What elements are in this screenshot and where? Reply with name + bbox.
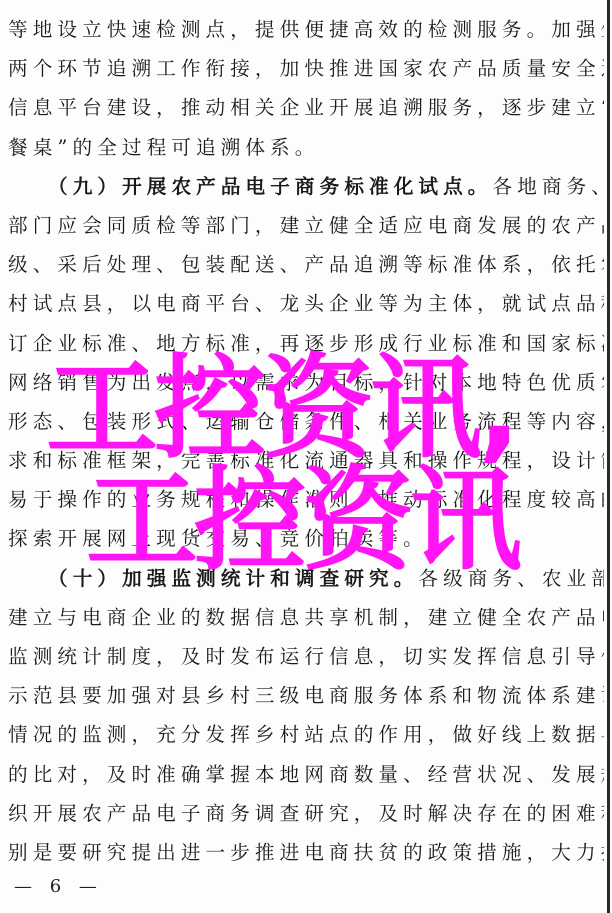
- text-line: 两个环节追溯工作衔接，加快推进国家农产品质量安全追溯管理: [8, 49, 604, 88]
- section-heading-line: （十）加强监测统计和调查研究。各级商务、农业部门要探索: [8, 559, 604, 598]
- text-line: 级、采后处理、包装配送、产品追溯等标准体系，依托农产品电商出: [8, 245, 604, 284]
- text-line: 形态、包装形式、运输仓储条件、相关业务流程等内容，明确技术要: [8, 402, 604, 441]
- page-edge-border: [607, 0, 610, 913]
- section-heading-10: （十）加强监测统计和调查研究。: [48, 567, 418, 590]
- text-line: 订企业标准、地方标准，再逐步形成行业标准和国家标准。以符合: [8, 324, 604, 363]
- text-line: 情况的监测，充分发挥乡村站点的作用，做好线上数据与线下实际: [8, 715, 604, 754]
- text-line: 示范县要加强对县乡村三级电商服务体系和物流体系建设和运营: [8, 676, 604, 715]
- document-body: 等地设立快速检测点，提供便捷高效的检测服务。加强生产、流通 两个环节追溯工作衔接…: [8, 10, 604, 872]
- text-line: 求和标准框架，完善标准化流通器具和操作规程，设计简便适用、: [8, 441, 604, 480]
- text-line: 探索开展网上现货交易、竞价拍卖等。: [8, 519, 604, 558]
- text-line: 织开展农产品电子商务调查研究，及时解决存在的困难和问题，特: [8, 794, 604, 833]
- section-heading-9: （九）开展农产品电子商务标准化试点。: [48, 175, 493, 198]
- text-line: 监测统计制度，及时发布运行信息，切实发挥信息引导作用。电商: [8, 637, 604, 676]
- text-line: 信息平台建设，推动相关企业开展追溯服务，逐步建立“从田间到: [8, 88, 604, 127]
- section-heading-9-rest: 各地商务、农业主管: [493, 175, 605, 198]
- document-page: 等地设立快速检测点，提供便捷高效的检测服务。加强生产、流通 两个环节追溯工作衔接…: [0, 0, 612, 913]
- page-number: — 6 —: [14, 876, 103, 897]
- section-heading-10-rest: 各级商务、农业部门要探索: [418, 567, 604, 590]
- text-line: 村试点县，以电商平台、龙头企业等为主体，就试点品种先总结制: [8, 284, 604, 323]
- text-line: 别是要研究提出进一步推进电商扶贫的政策措施，大力推广在实: [8, 833, 604, 872]
- text-line: 的比对，及时准确掌握本地网商数量、经营状况、发展规模等。组: [8, 755, 604, 794]
- section-heading-line: （九）开展农产品电子商务标准化试点。各地商务、农业主管: [8, 167, 604, 206]
- text-line: 部门应会同质检等部门，建立健全适应电商发展的农产品质量分: [8, 206, 604, 245]
- text-line: 建立与电商企业的数据信息共享机制，建立健全农产品电子商务: [8, 598, 604, 637]
- text-line: 网络销售为出发点，以需求为目标，针对本地特色优质农产品，按照产品: [8, 363, 604, 402]
- text-line: 等地设立快速检测点，提供便捷高效的检测服务。加强生产、流通: [8, 10, 604, 49]
- text-line: 餐桌”的全过程可追溯体系。: [8, 128, 604, 167]
- text-line: 易于操作的业务规程和操作准则。推动标准化程度较高的农产品: [8, 480, 604, 519]
